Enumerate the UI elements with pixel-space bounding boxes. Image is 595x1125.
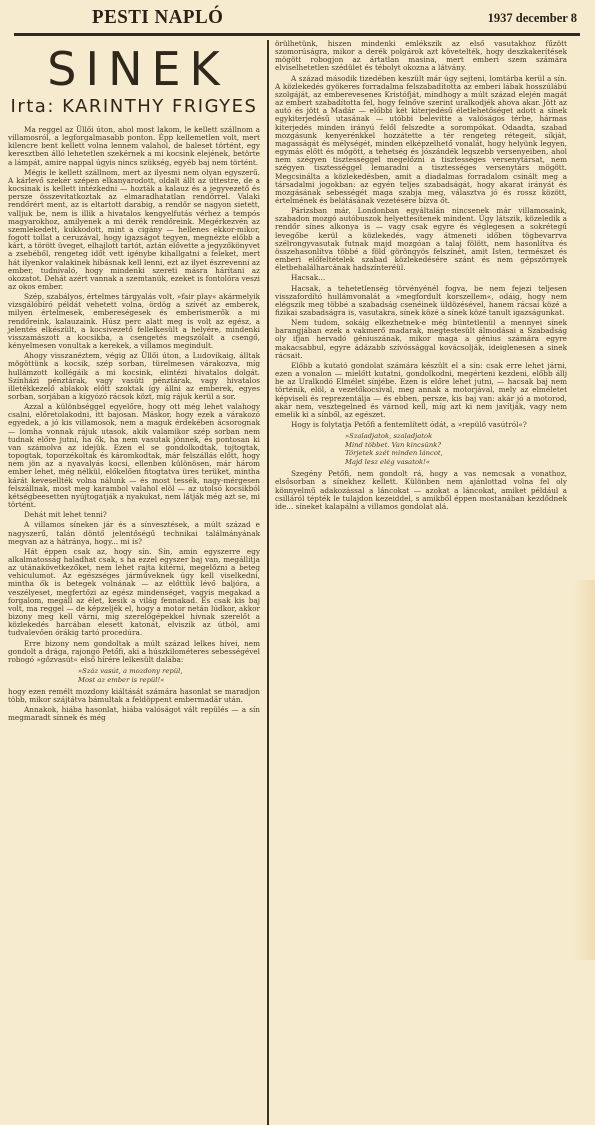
paragraph: Ma reggel az Üllői úton, ahol most lakom… (8, 126, 260, 167)
poem-line: Majd lesz elég vasatok!« (345, 458, 567, 467)
right-column-continuation: Szegény Petőfi, nem gondolt rá, hogy a v… (275, 470, 567, 511)
header-rule (14, 33, 580, 36)
paragraph: Dehát mit lehet tenni? (8, 511, 260, 519)
paragraph: Szép, szabályos, értelmes tárgyalás volt… (8, 293, 260, 350)
poem-line: Mind többet. Van kincsünk? (345, 441, 567, 450)
column-divider (267, 40, 269, 1125)
poem-line: Most az ember is repül!« (78, 676, 260, 685)
newspaper-header: PESTI NAPLÓ 1937 december 8 (0, 0, 595, 38)
right-column-body: örülhetünk, hiszen mindenki emlékszik az… (275, 40, 567, 429)
paragraph: Hacsak, a tehetetlenség törvényénél fogv… (275, 285, 567, 318)
left-column-continuation: hogy ezen remélt mozdony kiáltását számá… (8, 688, 260, 723)
poem-line: »Száz vasút, a mozdony repül, (78, 667, 260, 676)
article-title: SINEK (16, 42, 260, 96)
paragraph: Hogy is folytatja Petőfi a fentemlített … (275, 421, 567, 429)
article-byline: Irta: KARINTHY FRIGYES (8, 96, 260, 118)
paragraph: hogy ezen remélt mozdony kiáltását számá… (8, 688, 260, 704)
paragraph: Nem tudom, sokáig elkezhetnek-e még bünt… (275, 319, 567, 360)
left-column-body: Ma reggel az Üllői úton, ahol most lakom… (8, 126, 260, 664)
paragraph: Előbb a kutató gondolat számára készült … (275, 362, 567, 419)
paragraph: Hacsak... (275, 274, 567, 282)
paragraph: Mégis le kellett szállnom, mert az ilyes… (8, 169, 260, 291)
paragraph: Azzal a különbséggel egyelőre, hogy ott … (8, 403, 260, 509)
right-column: örülhetünk, hiszen mindenki emlékszik az… (275, 40, 567, 513)
left-poem: »Száz vasút, a mozdony repül,Most az emb… (78, 667, 260, 684)
paragraph: A század második tizedében keszült már ú… (275, 75, 567, 206)
paragraph: Párizsban már, Londonban egyáltalán ninc… (275, 207, 567, 272)
paragraph: Annakok, hiába hasonlat, hiába valóságot… (8, 706, 260, 722)
left-column: SINEK Irta: KARINTHY FRIGYES Ma reggel a… (8, 40, 260, 725)
paragraph: Hát éppen csak az, hogy sín. Sín, amin e… (8, 548, 260, 638)
issue-date: 1937 december 8 (488, 11, 577, 26)
poem-line: »Szaladjatok, szaladjatok (345, 432, 567, 441)
paragraph: örülhetünk, hiszen mindenki emlékszik az… (275, 40, 567, 73)
paragraph: A villamos síneken jár és a sínvesztések… (8, 521, 260, 545)
paper-stain (573, 580, 595, 960)
paragraph: Szegény Petőfi, nem gondolt rá, hogy a v… (275, 470, 567, 511)
masthead: PESTI NAPLÓ (92, 6, 223, 29)
right-poem: »Szaladjatok, szaladjatokMind többet. Va… (345, 432, 567, 466)
poem-line: Törjetek szét minden láncot, (345, 449, 567, 458)
paragraph: Erre bizony nem gondoltak a múlt század … (8, 640, 260, 664)
paragraph: Ahogy visszanéztem, végig az Üllői úton,… (8, 352, 260, 401)
